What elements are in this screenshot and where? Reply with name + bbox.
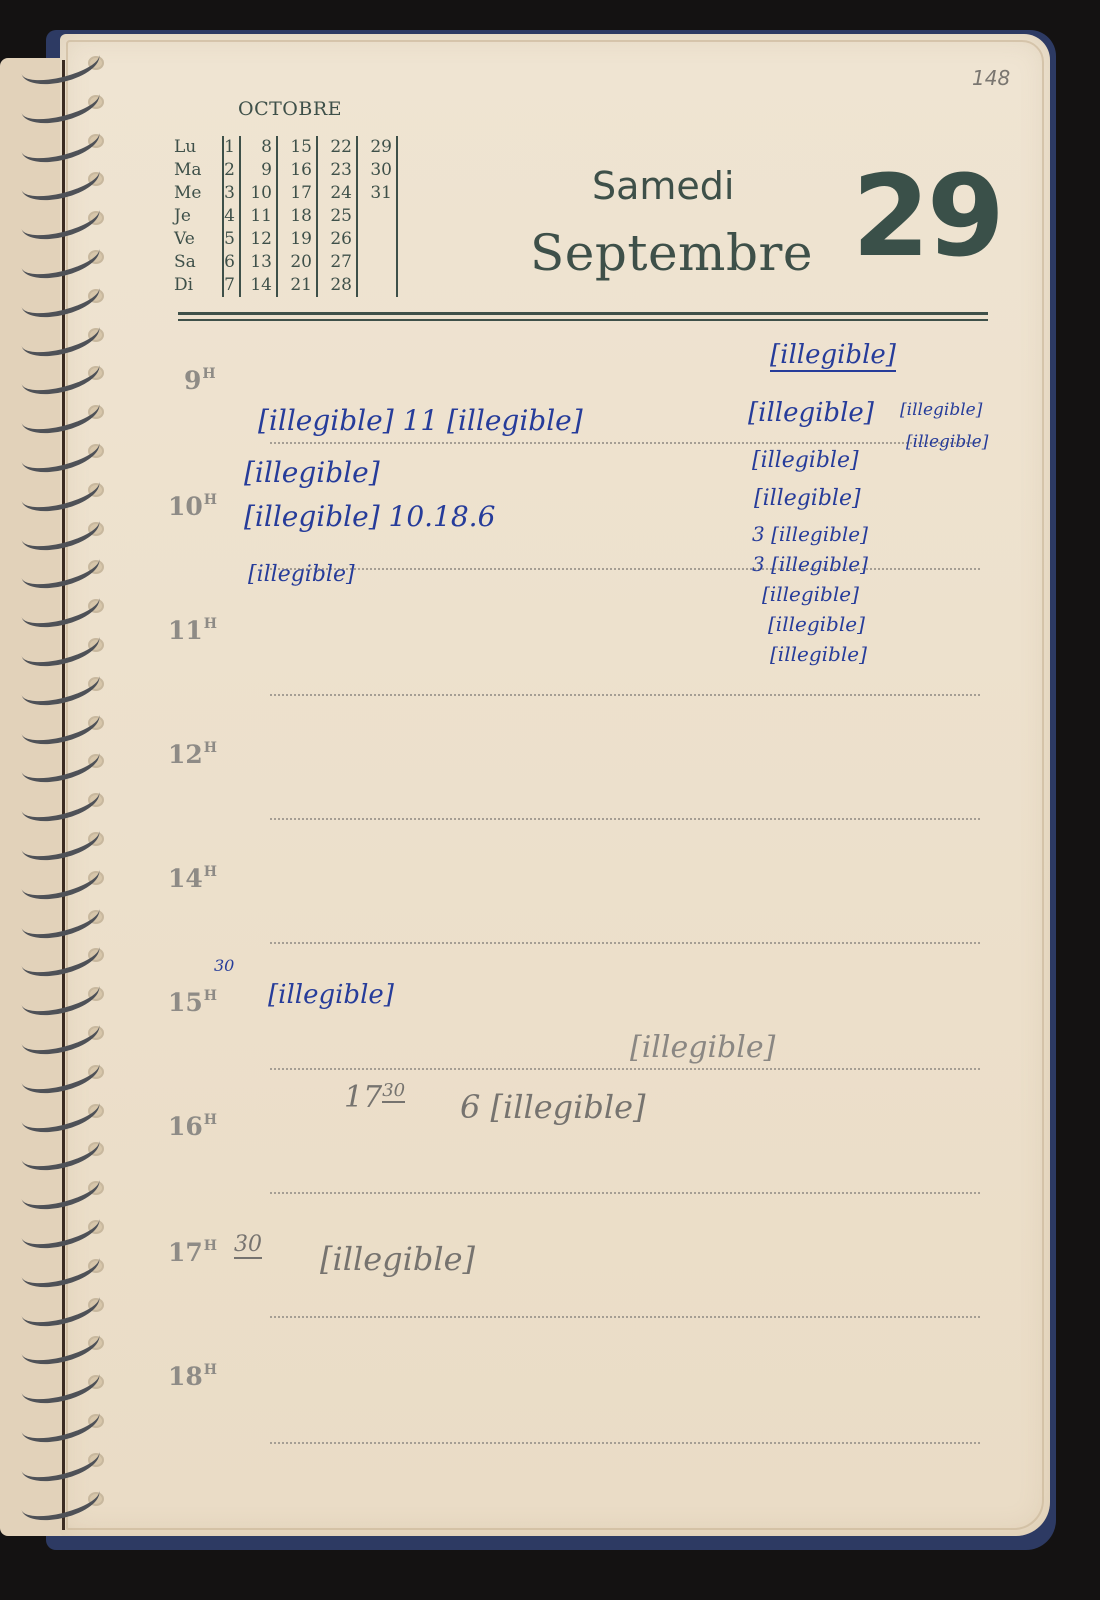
date-cell xyxy=(358,228,392,251)
weekday-label: Me xyxy=(174,182,222,205)
date-cell: 11 xyxy=(241,205,272,228)
ruled-line xyxy=(270,442,980,444)
ruled-line xyxy=(270,1442,980,1444)
ink-list-item: [illegible] xyxy=(770,642,867,666)
weekday-label: Di xyxy=(174,274,222,297)
spiral-coil xyxy=(21,943,104,984)
mini-calendar-week-5: 29 30 31 xyxy=(356,136,396,297)
ruled-line xyxy=(270,694,980,696)
spiral-coil xyxy=(21,1059,104,1100)
hour-label-10: 10H xyxy=(168,492,217,521)
ink-list-item: [illegible] xyxy=(748,398,874,428)
spiral-coil xyxy=(21,477,104,518)
date-cell: 7 xyxy=(224,274,235,297)
weekday-label: Ma xyxy=(174,159,222,182)
date-cell xyxy=(358,251,392,274)
date-cell: 5 xyxy=(224,228,235,251)
date-cell: 31 xyxy=(358,182,392,205)
date-cell: 3 xyxy=(224,182,235,205)
spiral-coil xyxy=(21,167,104,208)
date-cell: 25 xyxy=(318,205,352,228)
date-cell: 18 xyxy=(278,205,312,228)
pencil-minutes-1730: 30 xyxy=(234,1232,262,1259)
spiral-coil xyxy=(21,283,104,324)
spiral-coil xyxy=(21,1292,104,1333)
hour-label-12: 12H xyxy=(168,740,217,769)
hour-label-15: 15H xyxy=(168,988,217,1017)
date-cell: 29 xyxy=(358,136,392,159)
date-cell: 1 xyxy=(224,136,235,159)
spiral-binding xyxy=(0,50,120,1550)
mini-calendar-weekdays: Lu Ma Me Je Ve Sa Di xyxy=(174,136,222,297)
spiral-coil xyxy=(21,1021,104,1062)
date-cell: 15 xyxy=(278,136,312,159)
spiral-coil xyxy=(21,1447,104,1488)
spiral-coil xyxy=(21,1370,104,1411)
date-cell: 28 xyxy=(318,274,352,297)
spiral-coil xyxy=(21,1176,104,1217)
ink-note: [illegible] 10.18.6 xyxy=(244,500,495,533)
spiral-coil xyxy=(21,633,104,674)
spiral-coil xyxy=(21,788,104,829)
ruled-line xyxy=(270,818,980,820)
mini-calendar-week-4: 22 23 24 25 26 27 28 xyxy=(316,136,356,297)
spiral-coil xyxy=(21,439,104,480)
date-cell: 4 xyxy=(224,205,235,228)
spiral-coil xyxy=(21,206,104,247)
ink-list-item: [illegible] xyxy=(752,448,859,473)
date-cell: 22 xyxy=(318,136,352,159)
date-cell: 14 xyxy=(241,274,272,297)
header-double-rule xyxy=(178,312,988,321)
ink-minutes-superscript: 30 xyxy=(214,956,234,975)
ruled-line xyxy=(270,568,980,570)
date-cell: 23 xyxy=(318,159,352,182)
spiral-coil xyxy=(21,1098,104,1139)
spiral-coil xyxy=(21,710,104,751)
spiral-coil xyxy=(21,245,104,286)
ink-list-item: 3 [illegible] xyxy=(752,522,868,546)
spiral-coil xyxy=(21,865,104,906)
date-cell: 19 xyxy=(278,228,312,251)
spiral-coil xyxy=(21,671,104,712)
hour-label-9: 9H xyxy=(184,366,216,395)
weekday-label: Sa xyxy=(174,251,222,274)
date-cell: 8 xyxy=(241,136,272,159)
ink-heading-underlined: [illegible] xyxy=(770,340,896,372)
spiral-coil xyxy=(21,51,104,92)
ink-side-note: [illegible] xyxy=(906,432,988,452)
hour-label-18: 18H xyxy=(168,1362,217,1391)
spiral-coil xyxy=(21,322,104,363)
date-cell: 21 xyxy=(278,274,312,297)
date-cell: 24 xyxy=(318,182,352,205)
spiral-coil xyxy=(21,1486,104,1527)
mini-calendar-week-1: 1 2 3 4 5 6 7 xyxy=(222,136,239,297)
pencil-note-1730: [illegible] xyxy=(320,1240,475,1278)
spiral-coil xyxy=(21,904,104,945)
date-cell xyxy=(358,274,392,297)
date-cell: 9 xyxy=(241,159,272,182)
page-number: 148 xyxy=(972,66,1010,90)
date-cell: 6 xyxy=(224,251,235,274)
hour-label-17: 17H xyxy=(168,1238,217,1267)
ink-note: [illegible] xyxy=(244,456,380,489)
spiral-coil xyxy=(21,1331,104,1372)
weekday-label: Lu xyxy=(174,136,222,159)
spiral-coil xyxy=(21,594,104,635)
mini-calendar-title: OCTOBRE xyxy=(238,98,342,120)
date-cell: 26 xyxy=(318,228,352,251)
hour-label-11: 11H xyxy=(168,616,217,645)
date-cell xyxy=(358,205,392,228)
ink-list-item: [illegible] xyxy=(754,486,861,511)
spiral-coil xyxy=(21,749,104,790)
pencil-time: 1730 xyxy=(344,1080,405,1115)
ink-side-note: [illegible] xyxy=(900,400,982,420)
weekday-heading: Samedi xyxy=(592,164,734,208)
date-cell: 12 xyxy=(241,228,272,251)
hour-label-14: 14H xyxy=(168,864,217,893)
spiral-coil xyxy=(21,827,104,868)
date-cell: 20 xyxy=(278,251,312,274)
weekday-label: Je xyxy=(174,205,222,228)
ink-note: [illegible] xyxy=(248,562,355,587)
ruled-line xyxy=(270,942,980,944)
spiral-coil xyxy=(21,555,104,596)
ink-list-item: 3 [illegible] xyxy=(752,552,868,576)
mini-calendar-end-rule xyxy=(396,136,398,297)
day-number: 29 xyxy=(852,152,1002,282)
ink-note: [illegible] 11 [illegible] xyxy=(258,404,583,437)
spiral-coil xyxy=(21,1215,104,1256)
spiral-coil xyxy=(21,361,104,402)
spiral-coil xyxy=(21,1409,104,1450)
mini-calendar-week-3: 15 16 17 18 19 20 21 xyxy=(276,136,316,297)
weekday-label: Ve xyxy=(174,228,222,251)
spiral-coil xyxy=(21,1137,104,1178)
date-cell: 17 xyxy=(278,182,312,205)
month-heading: Septembre xyxy=(530,224,813,282)
spiral-coil xyxy=(21,128,104,169)
spiral-coil xyxy=(21,400,104,441)
ruled-line xyxy=(270,1192,980,1194)
date-cell: 10 xyxy=(241,182,272,205)
spiral-coil xyxy=(21,1253,104,1294)
hour-label-16: 16H xyxy=(168,1112,217,1141)
pencil-address: 6 [illegible] xyxy=(460,1088,646,1126)
pencil-note: [illegible] xyxy=(630,1030,775,1065)
date-cell: 27 xyxy=(318,251,352,274)
date-cell: 30 xyxy=(358,159,392,182)
spiral-coil xyxy=(21,982,104,1023)
ink-list-item: [illegible] xyxy=(768,612,865,636)
mini-calendar-week-2: 8 9 10 11 12 13 14 xyxy=(239,136,276,297)
ink-note-1530: [illegible] xyxy=(268,980,394,1010)
ruled-line xyxy=(270,1068,980,1070)
spiral-coil xyxy=(21,89,104,130)
ink-list-item: [illegible] xyxy=(762,582,859,606)
ruled-line xyxy=(270,1316,980,1318)
date-cell: 16 xyxy=(278,159,312,182)
spiral-coil xyxy=(21,516,104,557)
date-cell: 13 xyxy=(241,251,272,274)
mini-calendar-grid: Lu Ma Me Je Ve Sa Di 1 2 3 4 5 6 7 8 9 1… xyxy=(174,136,398,297)
date-cell: 2 xyxy=(224,159,235,182)
